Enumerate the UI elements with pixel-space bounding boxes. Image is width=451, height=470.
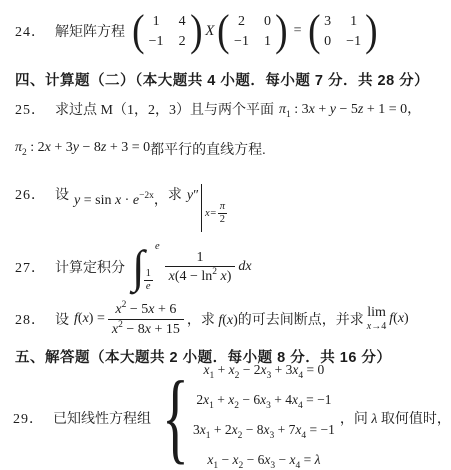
question-28-text: ，求 f(x)的可去间断点，并求 [187,309,364,329]
question-26-number: 26． [15,184,46,208]
question-24-number: 24． [15,21,46,41]
fraction-numerator: 1 [165,249,236,267]
definite-integral: ∫ e 1 e [132,241,160,293]
function-definition: f(x) = [74,311,105,327]
lower-bound-fraction: 1 e [144,268,153,293]
question-27: 27． 计算定积分 ∫ e 1 e 1 x(4 − ln2 x) dx [15,237,252,297]
left-paren: ( [217,8,229,54]
matrix-cell: 4 [179,12,186,31]
fraction-numerator: π [218,201,227,214]
integrand-fraction: 1 x(4 − ln2 x) [165,249,236,286]
question-25-text: 求过点 M（1，2，3）且与两个平面 [55,99,274,119]
equation-1: x1 + x2 − 2x3 + 3x4 = 0 [204,358,325,388]
question-29-label: 已知线性方程组 [53,408,151,428]
upper-bound: e [155,241,160,252]
plane-1-equation: π1 : 3x + y − 5z + 1 = 0， [279,98,421,120]
question-29: 29． 已知线性方程组 { x1 + x2 − 2x3 + 3x4 = 0 2x… [13,368,451,468]
equation-4: x1 − x2 − 6x3 − x4 = λ [207,448,320,470]
left-paren: ( [132,8,144,54]
matrix-cell: 1 [264,32,271,51]
matrix-cell: 2 [179,32,186,51]
matrix-cell: −1 [234,32,249,51]
matrix-cell: 0 [264,12,271,31]
fraction-numerator: 1 [144,268,153,281]
section-4-title: 四、计算题（二）（本大题共 4 小题．每小题 7 分．共 28 分） [15,69,429,90]
matrix-cell: 2 [238,12,245,31]
question-27-label: 计算定积分 [55,257,125,277]
limit-operator: lim x→4 [367,306,386,332]
linear-system: x1 + x2 − 2x3 + 3x4 = 0 2x1 + x2 − 6x3 +… [193,358,335,470]
question-24: 24． 解矩阵方程 ( 1 4 −1 2 ) X ( 2 0 −1 1 ) = … [15,6,380,56]
right-paren: ) [365,8,377,54]
matrix-cell: 3 [324,12,331,31]
integral-bounds: e 1 e [144,241,160,293]
matrix-cell: 0 [324,32,331,51]
matrix-b-grid: 2 0 −1 1 [231,12,274,51]
left-paren: ( [308,8,320,54]
question-27-number: 27． [15,257,46,277]
matrix-cell: −1 [149,32,164,51]
dx-term: dx [238,259,251,275]
fraction-numerator: x2 − 5x + 6 [108,300,184,319]
fraction-denominator: x(4 − ln2 x) [165,266,236,286]
function-expression: y = sin x · e−2x， [74,184,168,213]
rational-function-fraction: x2 − 5x + 6 x2 − 8x + 15 [108,300,184,338]
equation-2: 2x1 + x2 − 6x3 + 4x4 = −1 [196,388,331,418]
matrix-a-grid: 1 4 −1 2 [146,12,189,51]
limit-argument: f(x) [389,311,408,327]
lim-label: lim [367,306,386,321]
question-26-label: 设 [55,184,69,208]
matrix-c: ( 3 1 0 −1 ) [307,8,379,54]
question-29-tail: ，问 λ 取何值时， [340,408,451,428]
question-25-text-2: 都平行的直线方程. [150,139,266,159]
question-28: 28． 设 f(x) = x2 − 5x + 6 x2 − 8x + 15 ，求… [15,291,409,347]
unknown-matrix-x: X [205,23,214,40]
fraction-denominator: x2 − 8x + 15 [108,319,184,339]
equation-3: 3x1 + 2x2 − 8x3 + 7x4 = −1 [193,418,335,448]
matrix-c-grid: 3 1 0 −1 [321,12,364,51]
equals-sign: = [294,23,302,39]
matrix-cell: 1 [153,12,160,31]
evaluation-bar: x= π 2 [201,184,244,232]
right-paren: ) [275,8,287,54]
matrix-b: ( 2 0 −1 1 ) [216,8,288,54]
question-28-label: 设 [55,309,69,329]
question-25-line-2: π2 : 2x + 3y − 8z + 3 = 0 都平行的直线方程. [15,139,266,159]
question-26-ask: 求 [168,184,182,208]
question-25-number: 25． [15,99,46,119]
right-paren: ) [190,8,202,54]
second-derivative: y″ [187,184,199,208]
matrix-a: ( 1 4 −1 2 ) [131,8,203,54]
matrix-cell: −1 [346,32,361,51]
question-26: 26． 设 y = sin x · e−2x， 求 y″ x= π 2 [15,184,244,236]
evaluation-point: x= π 2 [205,201,227,226]
question-25-line-1: 25． 求过点 M（1，2，3）且与两个平面 π1 : 3x + y − 5z … [15,98,421,120]
matrix-cell: 1 [350,12,357,31]
question-29-number: 29． [13,408,44,428]
question-28-number: 28． [15,309,46,329]
pi-over-2-fraction: π 2 [218,201,227,226]
plane-2-equation: π2 : 2x + 3y − 8z + 3 = 0 [15,140,150,158]
fraction-denominator: 2 [218,214,227,226]
lim-subscript: x→4 [367,322,386,333]
system-brace: { [162,373,189,463]
question-24-label: 解矩阵方程 [55,21,125,41]
eval-variable: x= [205,208,217,219]
section-4-header: 四、计算题（二）（本大题共 4 小题．每小题 7 分．共 28 分） [15,69,429,90]
